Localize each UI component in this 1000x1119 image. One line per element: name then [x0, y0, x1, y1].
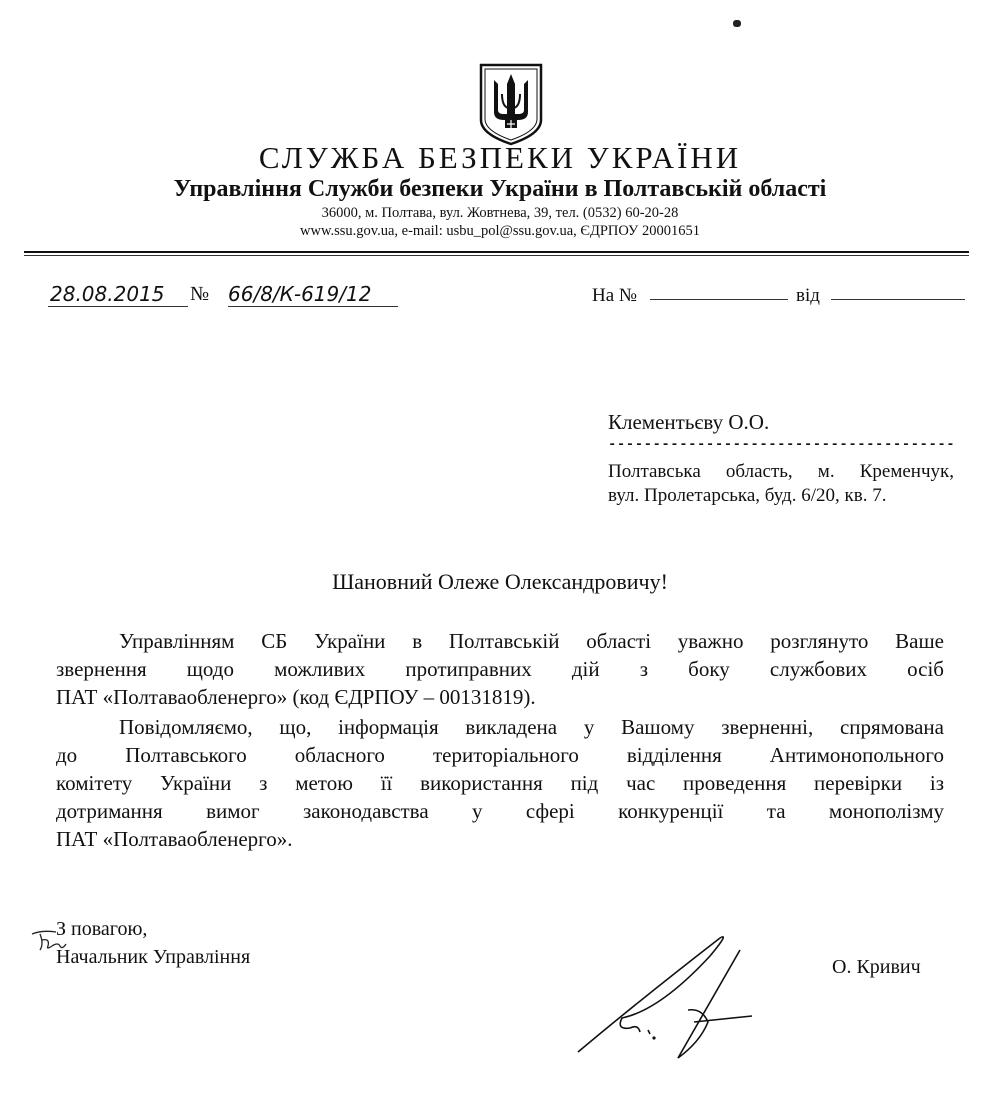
- paragraph-2-line: до Полтавського обласного територіальног…: [56, 741, 944, 769]
- signer-name: О. Кривич: [832, 956, 921, 979]
- paragraph-1: Управлінням СБ України в Полтавській обл…: [56, 627, 944, 711]
- letterhead-contacts: www.ssu.gov.ua, e-mail: usbu_pol@ssu.gov…: [0, 223, 1000, 240]
- paragraph-2: Повідомляємо, що, інформація викладена у…: [56, 713, 944, 853]
- recipient-address-line2: вул. Пролетарська, буд. 6/20, кв. 7.: [608, 485, 886, 507]
- header-divider-thick: [24, 251, 969, 253]
- paragraph-1-line: ПАТ «Полтаваобленерго» (код ЄДРПОУ – 001…: [56, 683, 944, 711]
- recipient-separator: ---------------------------------------: [608, 437, 955, 453]
- number-sign: №: [190, 283, 209, 306]
- reference-date-label: від: [796, 285, 820, 307]
- header-divider-thin: [24, 255, 969, 256]
- scan-artifact: [733, 20, 741, 27]
- reference-number-label: На №: [592, 285, 637, 307]
- signature-icon: [560, 930, 780, 1070]
- closing: З повагою,: [56, 918, 147, 941]
- paragraph-2-line: дотримання вимог законодавства у сфері к…: [56, 797, 944, 825]
- recipient-name: Клементьєву О.О.: [608, 410, 769, 435]
- salutation: Шановний Олеже Олександровичу!: [0, 569, 1000, 595]
- organization-title: СЛУЖБА БЕЗПЕКИ УКРАЇНИ: [0, 140, 1000, 176]
- outgoing-date: 28.08.2015: [48, 282, 188, 307]
- paragraph-2-line: Повідомляємо, що, інформація викладена у…: [56, 713, 944, 741]
- outgoing-number: 66/8/К-619/12: [228, 282, 398, 307]
- recipient-address-line1: Полтавська область, м. Кременчук,: [608, 461, 954, 483]
- reference-number-blank: [650, 298, 788, 300]
- paragraph-2-line: комітету України з метою її використання…: [56, 769, 944, 797]
- paragraph-2-line: ПАТ «Полтаваобленерго».: [56, 825, 944, 853]
- letterhead-address: 36000, м. Полтава, вул. Жовтнева, 39, те…: [0, 205, 1000, 222]
- paragraph-1-line: Управлінням СБ України в Полтавській обл…: [56, 627, 944, 655]
- signer-position: Начальник Управління: [56, 946, 250, 969]
- paragraph-1-line: звернення щодо можливих протиправних дій…: [56, 655, 944, 683]
- trident-emblem-icon: [478, 62, 544, 146]
- reference-date-blank: [831, 298, 965, 300]
- department-title: Управління Служби безпеки України в Полт…: [0, 176, 1000, 203]
